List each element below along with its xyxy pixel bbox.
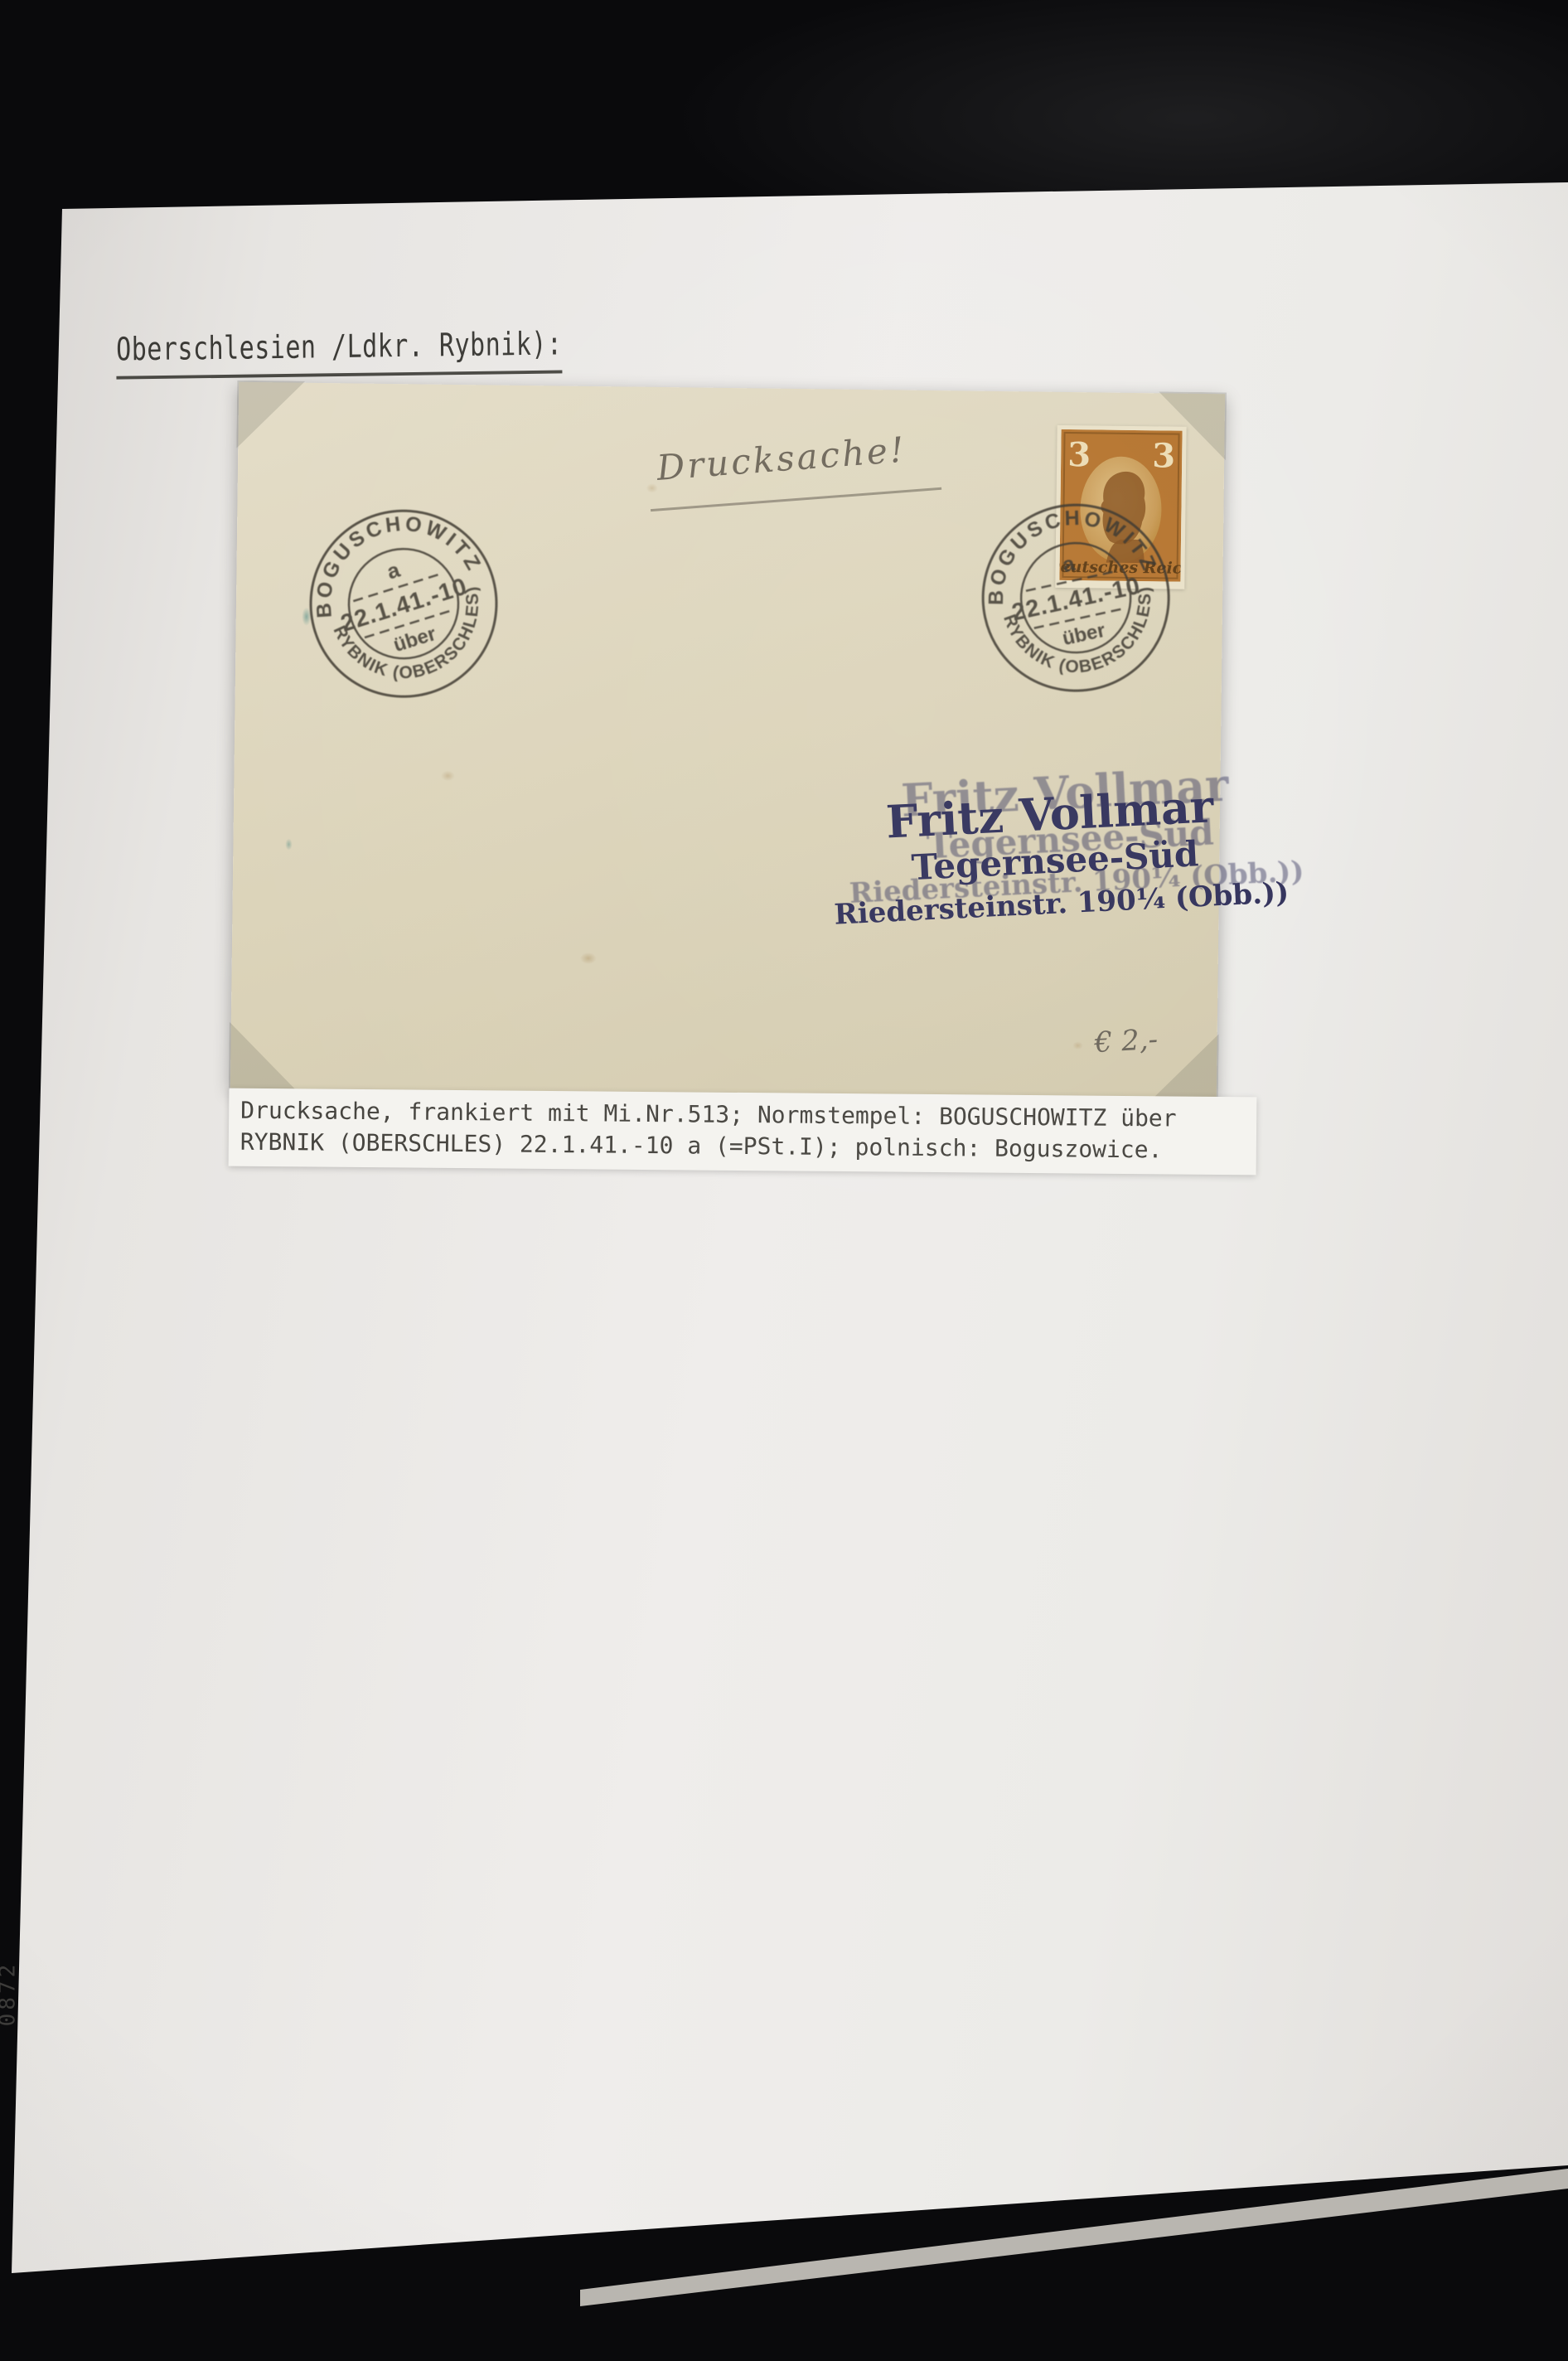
address-line: Riedersteinstr. 190¼ (Obb.)) — [834, 878, 1249, 931]
postal-cover: Drucksache! BOGUSCHOWITZ RYBNIK (OBERSCH… — [230, 382, 1225, 1100]
caption-label: Drucksache, frankiert mit Mi.Nr.513; Nor… — [229, 1088, 1257, 1176]
photo-corner-icon — [1150, 1033, 1219, 1102]
postmark-left: BOGUSCHOWITZ RYBNIK (OBERSCHLES) a 22.1.… — [264, 463, 544, 744]
stamp-value-left: 3 — [1067, 435, 1091, 474]
postmark-via: über — [1061, 619, 1108, 650]
postmark-letter: a — [384, 556, 403, 584]
photo-corner-icon — [236, 381, 305, 449]
photo-scene: Oberschlesien /Ldkr. Rybnik): Drucksache… — [0, 0, 1568, 2361]
photo-corner-icon — [229, 1022, 298, 1091]
postmark-right: BOGUSCHOWITZ RYBNIK (OBERSCHLES) a 22.1.… — [942, 464, 1208, 730]
handwritten-underline — [651, 487, 941, 511]
handwritten-drucksache-note: Drucksache! — [656, 429, 908, 488]
price-note: € 2,- — [1094, 1023, 1159, 1059]
postmark-letter: a — [1060, 550, 1077, 578]
page-heading: Oberschlesien /Ldkr. Rybnik): — [116, 326, 563, 380]
page-code: 0872 — [0, 1961, 20, 2027]
address-stamp: Fritz Vollmar Tegernsee-Süd Riedersteins… — [829, 778, 1249, 931]
postmark-date: 22.1.41.-10 — [338, 573, 471, 637]
